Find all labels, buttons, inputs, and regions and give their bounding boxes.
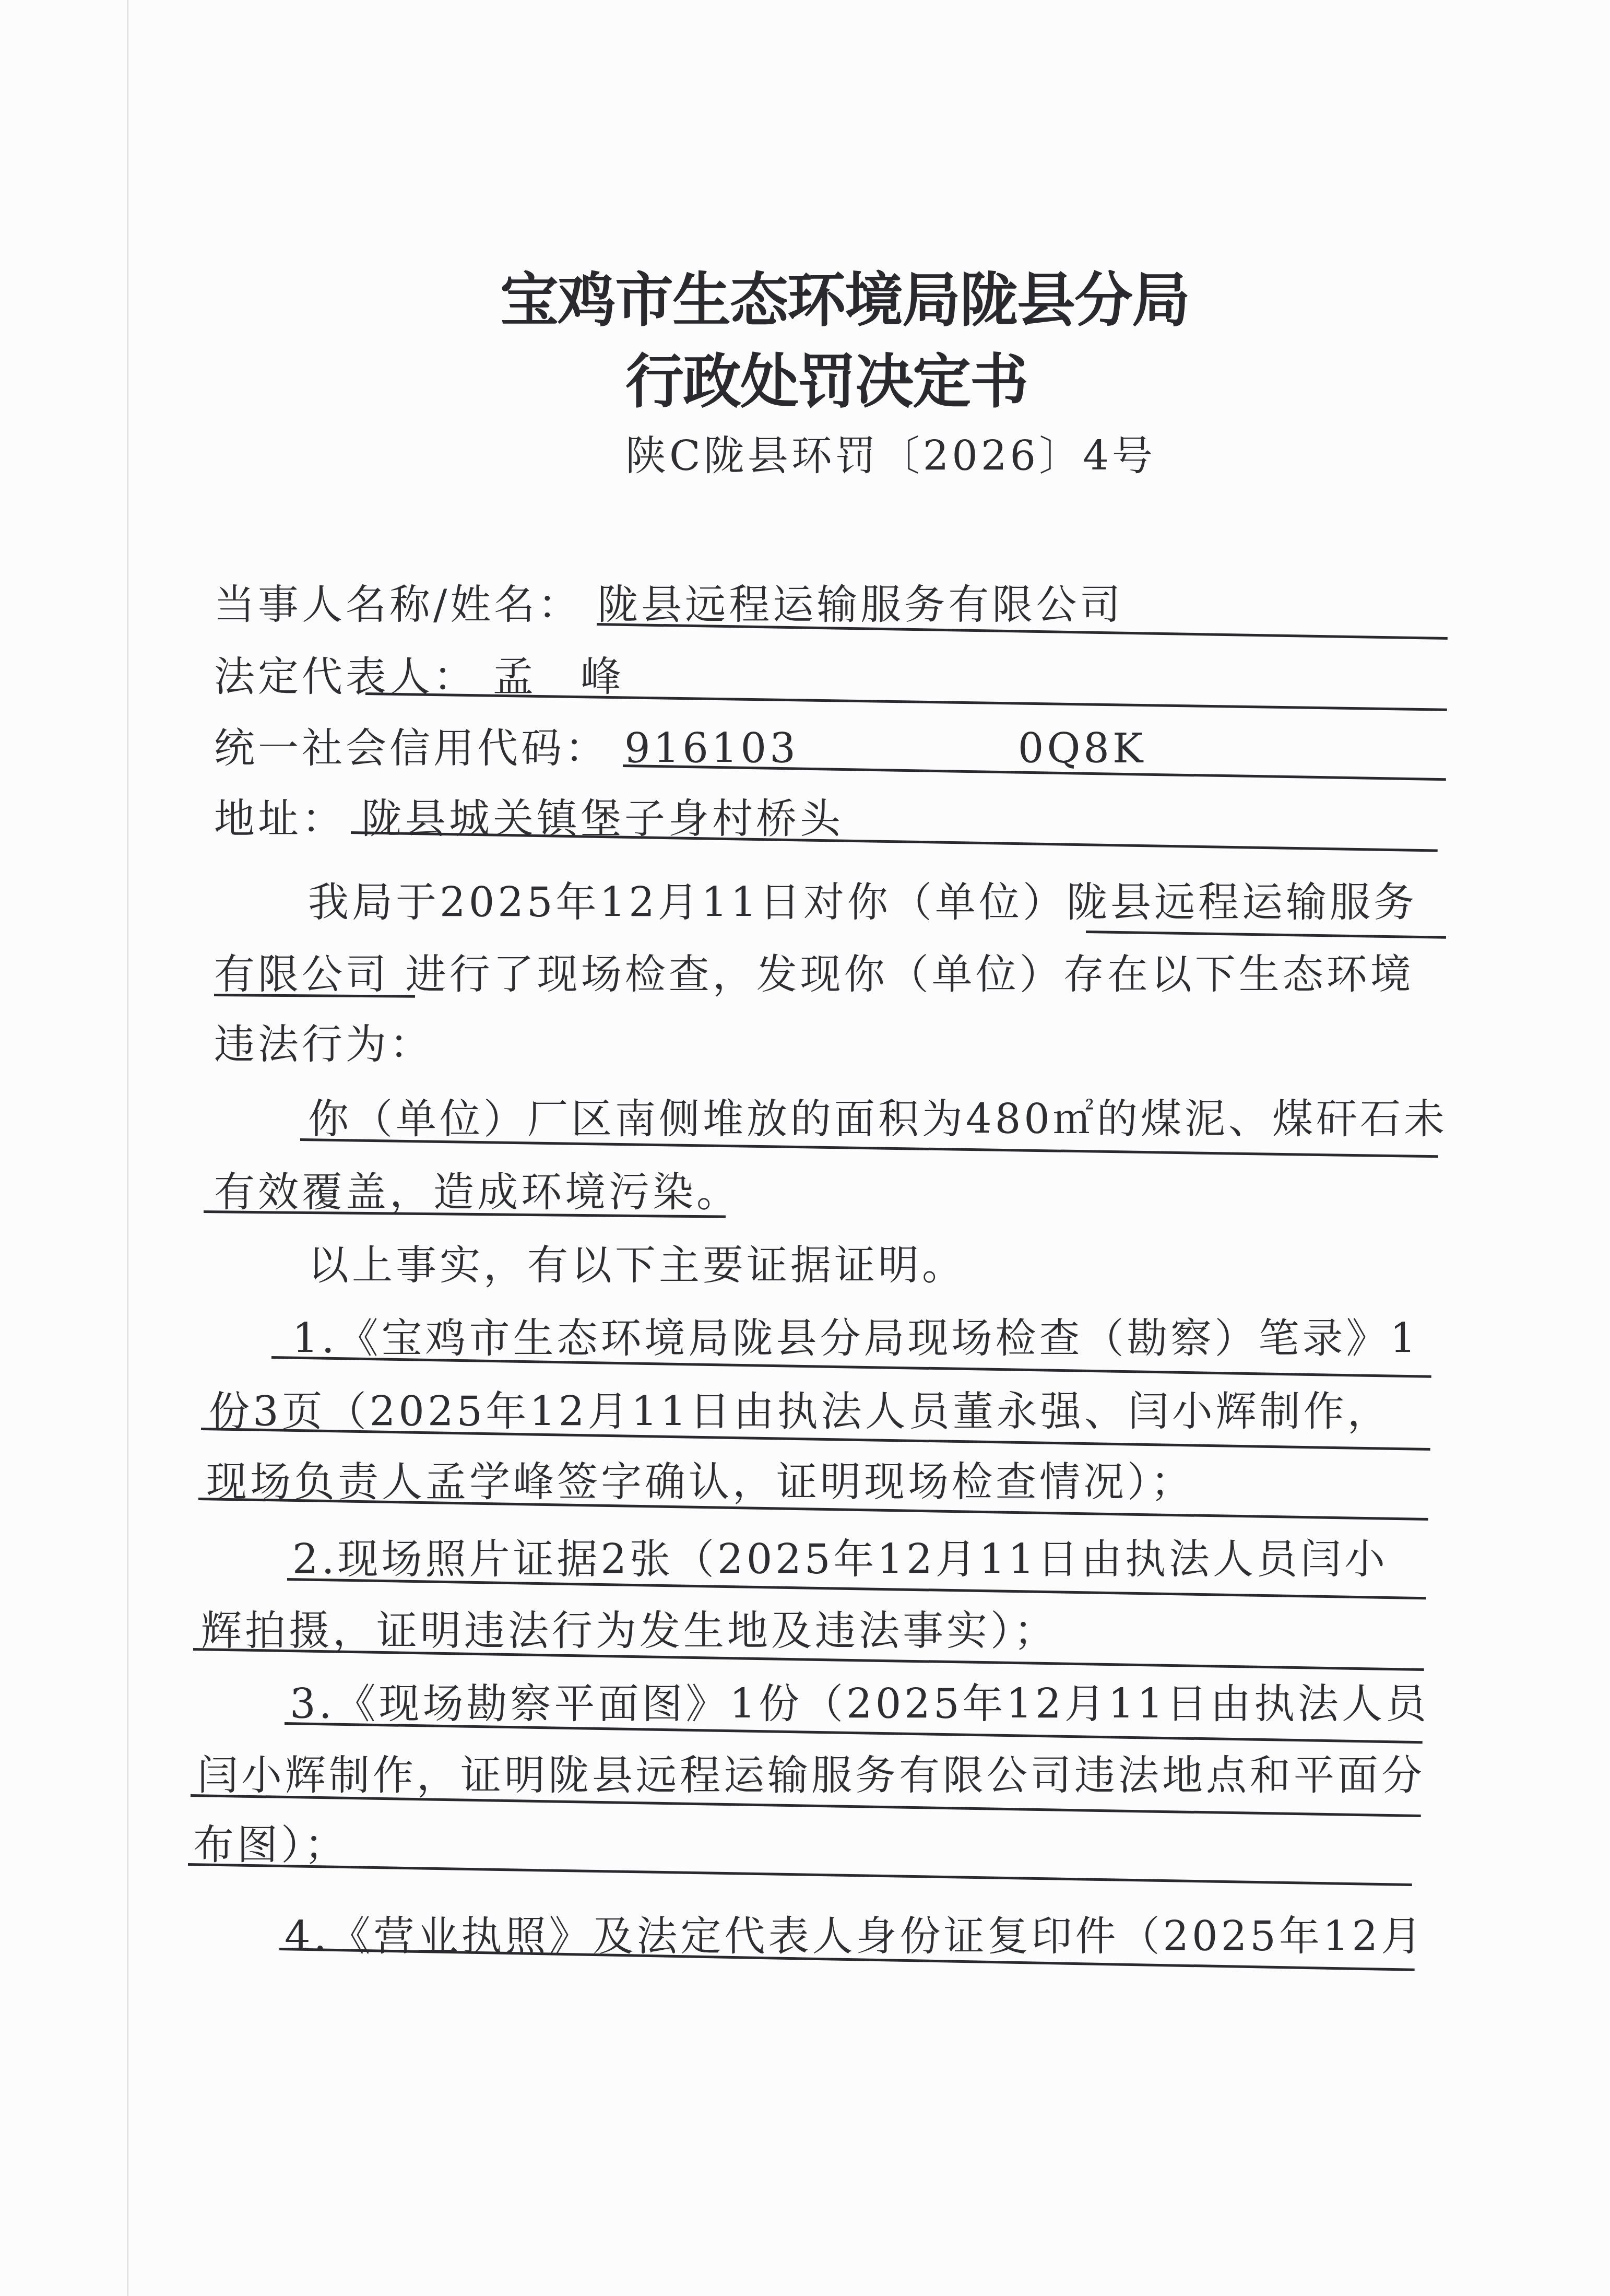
scan-margin-line — [127, 0, 128, 2296]
evidence-3-line-1: 3.《现场勘察平面图》1份（2025年12月11日由执法人员 — [290, 1684, 1429, 1725]
legal-rep-value: 孟 峰 — [493, 654, 624, 701]
inspected-company-underline-1 — [1086, 931, 1446, 939]
document-number: 陕C陇县环罚〔2026〕4号 — [625, 436, 1156, 477]
credit-code-label: 统一社会信用代码： — [214, 725, 609, 772]
violation-line-1: 你（单位）厂区南侧堆放的面积为480㎡的煤泥、煤矸石未 — [308, 1099, 1448, 1140]
credit-code-value: 916103 0Q8K — [624, 725, 1146, 772]
inspection-line-2: 有限公司 进行了现场检查，发现你（单位）存在以下生态环境 — [214, 955, 1414, 995]
evidence-2-line-2: 辉拍摄，证明违法行为发生地及违法事实）； — [201, 1611, 1058, 1652]
evidence-3-line-2: 闫小辉制作，证明陇县远程运输服务有限公司违法地点和平面分 — [197, 1756, 1425, 1796]
address-label: 地址： — [214, 796, 346, 843]
evidence-1-line-2: 份3页（2025年12月11日由执法人员董永强、闫小辉制作， — [209, 1392, 1391, 1432]
issuing-authority-title: 宝鸡市生态环境局陇县分局 — [500, 272, 1189, 330]
address-row: 地址：陇县城关镇堡子身村桥头 — [214, 799, 844, 840]
document-page: 宝鸡市生态环境局陇县分局 行政处罚决定书 陕C陇县环罚〔2026〕4号 当事人名… — [0, 0, 1610, 2296]
party-name-row: 当事人名称/姓名：陇县远程运输服务有限公司 — [214, 585, 1123, 626]
legal-rep-row: 法定代表人：孟 峰 — [214, 657, 624, 698]
evidence-3-underline-3 — [188, 1863, 1412, 1886]
inspection-finding-text: 进行了现场检查，发现你（单位）存在以下生态环境 — [406, 951, 1414, 998]
evidence-3-line-3: 布图）； — [193, 1825, 348, 1866]
inspection-line-3: 违法行为： — [214, 1025, 433, 1065]
evidence-intro: 以上事实，有以下主要证据证明。 — [308, 1245, 966, 1286]
inspected-company-part2: 有限公司 — [214, 951, 389, 998]
legal-rep-underline — [365, 692, 1447, 711]
evidence-2-line-1: 2.现场照片证据2张（2025年12月11日由执法人员闫小 — [292, 1539, 1388, 1580]
document-type-title: 行政处罚决定书 — [625, 353, 1027, 411]
evidence-1-line-3: 现场负责人孟学峰签字确认，证明现场检查情况）； — [206, 1462, 1194, 1503]
inspection-intro-text: 我局于2025年12月11日对你（单位） — [308, 879, 1067, 926]
violation-line-2: 有效覆盖，造成环境污染。 — [214, 1172, 740, 1213]
inspected-company-part1: 陇县远程运输服务 — [1067, 879, 1417, 926]
party-name-label: 当事人名称/姓名： — [214, 582, 582, 629]
credit-code-row: 统一社会信用代码：916103 0Q8K — [214, 728, 1146, 769]
party-name-value: 陇县远程运输服务有限公司 — [597, 582, 1123, 629]
evidence-1-line-1: 1.《宝鸡市生态环境局陇县分局现场检查（勘察）笔录》1 — [292, 1318, 1419, 1359]
inspection-line-1: 我局于2025年12月11日对你（单位）陇县远程运输服务 — [308, 882, 1417, 923]
